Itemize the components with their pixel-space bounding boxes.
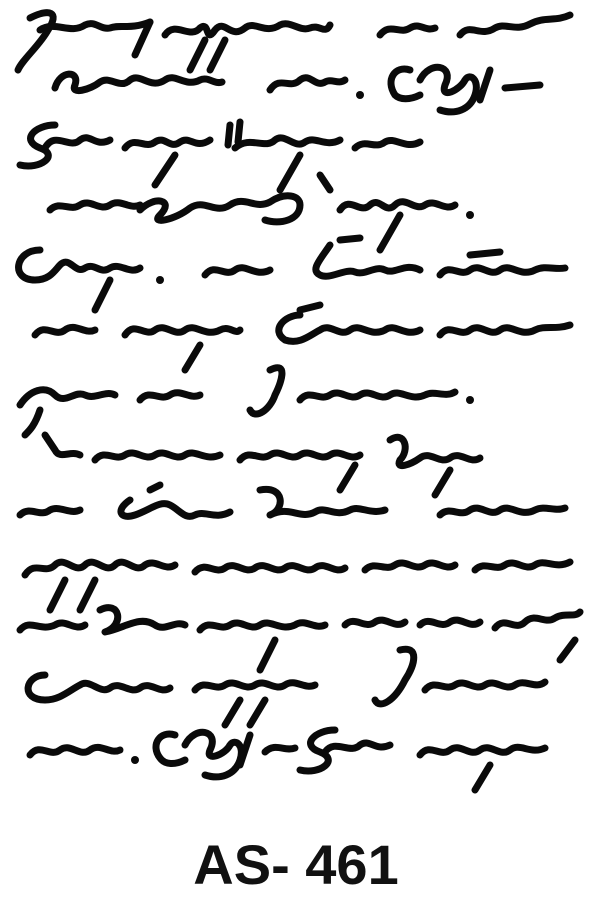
script-line-11 bbox=[20, 608, 580, 670]
script-line-4 bbox=[50, 175, 474, 250]
script-line-12 bbox=[28, 640, 575, 725]
script-line-13 bbox=[30, 730, 545, 790]
handwriting-stencil-pattern bbox=[0, 0, 592, 800]
script-line-1 bbox=[18, 13, 570, 70]
script-line-3 bbox=[20, 122, 420, 190]
script-line-9 bbox=[20, 485, 565, 516]
script-line-10 bbox=[25, 562, 570, 610]
script-lines-graphic bbox=[0, 0, 592, 800]
script-line-7 bbox=[20, 368, 474, 435]
script-line-6 bbox=[35, 305, 570, 370]
script-line-2 bbox=[55, 67, 540, 112]
product-code-label: AS- 461 bbox=[0, 835, 592, 895]
script-line-5 bbox=[19, 238, 565, 310]
script-line-8 bbox=[45, 435, 480, 495]
